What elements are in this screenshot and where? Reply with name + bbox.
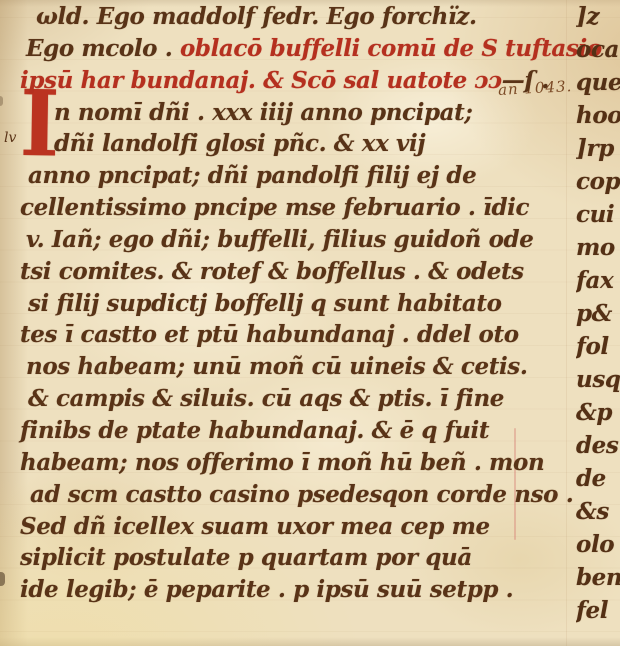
manuscript-line: Ego mcolo . oblacō buffelli comū de S tu… <box>20 33 568 65</box>
adjacent-column-text-fragment: fax <box>576 264 620 297</box>
manuscript-line: tes ī castto et ptū habundanaj . ddel ot… <box>20 319 568 351</box>
manuscript-line: dñi landolfi glosi pñc. & xx vij <box>20 128 568 160</box>
manuscript-page: I lv an 1043. ωld. Ego maddolf fedr. Ego… <box>0 0 620 646</box>
ink-text-segment: tes ī castto et ptū habundanaj . ddel ot… <box>20 321 519 348</box>
manuscript-line: & campis & siluis. cū aqs & ptis. ī fine <box>20 383 568 415</box>
ink-text-segment: —ſ . <box>502 67 549 94</box>
manuscript-line: ipsū har bundanaj. & Scō sal uatote ɔɔ—ſ… <box>20 65 568 97</box>
adjacent-column-text-fragment: de <box>576 462 620 495</box>
manuscript-line: ad scm castto casino psedesqon corde nso… <box>20 479 568 511</box>
main-text-column: ωld. Ego maddolf fedr. Ego forchïz.Ego m… <box>20 1 568 606</box>
manuscript-line: siplicit postulate p quartam por quā <box>20 542 568 574</box>
adjacent-column-text-fragment: p& <box>576 297 620 330</box>
adjacent-column-text-fragment: oca <box>576 33 620 66</box>
rubric-text-segment: ɔɔ <box>475 67 502 94</box>
ink-text-segment: siplicit postulate p quartam por quā <box>20 544 472 571</box>
manuscript-line: ωld. Ego maddolf fedr. Ego forchïz. <box>20 1 568 33</box>
ink-text-segment: & campis & siluis. cū aqs & ptis. ī fine <box>28 385 504 412</box>
manuscript-line: finibs de ptate habundanaj. & ē q fuit <box>20 415 568 447</box>
adjacent-column-text-fragment: fel <box>576 594 620 627</box>
ink-text-segment: ωld. Ego maddolf fedr. Ego forchïz. <box>36 3 477 30</box>
adjacent-column-text-fragment: ]z <box>576 0 620 33</box>
rubric-text-segment: ipsū har bundanaj. & Scō sal uatote <box>20 67 475 94</box>
ink-text-segment: dñi landolfi glosi pñc. & xx vij <box>54 130 425 157</box>
adjacent-column-text-fragment: &s <box>576 495 620 528</box>
margin-gloss-note: lv <box>4 130 16 146</box>
ink-text-segment: v. Iañ; ego dñi; buffelli, filius guidoñ… <box>26 226 533 253</box>
manuscript-line: Sed dñ icellex suam uxor mea cep me <box>20 511 568 543</box>
ink-text-segment: anno pncipat; dñi pandolfi filij ej de <box>28 162 476 189</box>
ink-text-segment: si filij supdictj boffellj q sunt habita… <box>28 290 502 317</box>
manuscript-line: anno pncipat; dñi pandolfi filij ej de <box>20 160 568 192</box>
manuscript-line: cellentissimo pncipe mse februario . īdi… <box>20 192 568 224</box>
rubric-text-segment: oblacō buffelli comū de S tuftasio <box>180 35 602 62</box>
ink-text-segment: n nomī dñi . xxx iiij anno pncipat; <box>54 99 472 126</box>
adjacent-column-text-fragment: ben <box>576 561 620 594</box>
adjacent-column-fragment: ]zocaquehoo]rpcopcuimofaxp&folusq&pdesde… <box>576 0 620 646</box>
adjacent-column-text-fragment: ]rp <box>576 132 620 165</box>
adjacent-column-text-fragment: des <box>576 429 620 462</box>
manuscript-line: v. Iañ; ego dñi; buffelli, filius guidoñ… <box>20 224 568 256</box>
ink-text-segment: tsi comites. & rotef & boffellus . & ode… <box>20 258 524 285</box>
ink-text-segment: Ego mcolo . <box>26 35 180 62</box>
adjacent-column-text-fragment: mo <box>576 231 620 264</box>
ink-text-segment: nos habeam; unū moñ cū uineis & cetis. <box>26 353 527 380</box>
edge-smudge <box>0 96 3 106</box>
ink-text-segment: cellentissimo pncipe mse februario . īdi… <box>20 194 529 221</box>
adjacent-column-text-fragment: olo <box>576 528 620 561</box>
adjacent-column-text-fragment: hoo <box>576 99 620 132</box>
manuscript-line: n nomī dñi . xxx iiij anno pncipat; <box>20 97 568 129</box>
adjacent-column-text-fragment: que <box>576 66 620 99</box>
manuscript-line: nos habeam; unū moñ cū uineis & cetis. <box>20 351 568 383</box>
adjacent-column-text-fragment: cop <box>576 165 620 198</box>
ink-text-segment: Sed dñ icellex suam uxor mea cep me <box>20 513 490 540</box>
manuscript-line: ide legib; ē peparite . p ipsū suū setpp… <box>20 574 568 606</box>
manuscript-line: tsi comites. & rotef & boffellus . & ode… <box>20 256 568 288</box>
manuscript-line: si filij supdictj boffellj q sunt habita… <box>20 288 568 320</box>
manuscript-line: habeam; nos offerimo ī moñ hū beñ . mon <box>20 447 568 479</box>
adjacent-column-text-fragment: &p <box>576 396 620 429</box>
adjacent-column-text-fragment: usq <box>576 363 620 396</box>
adjacent-column-text-fragment: cui <box>576 198 620 231</box>
ink-text-segment: habeam; nos offerimo ī moñ hū beñ . mon <box>20 449 544 476</box>
ink-text-segment: finibs de ptate habundanaj. & ē q fuit <box>20 417 489 444</box>
adjacent-column-text-fragment: fol <box>576 330 620 363</box>
ink-text-segment: ad scm castto casino psedesqon corde nso… <box>30 481 573 508</box>
edge-smudge <box>0 572 5 586</box>
ink-text-segment: ide legib; ē peparite . p ipsū suū setpp… <box>20 576 513 603</box>
